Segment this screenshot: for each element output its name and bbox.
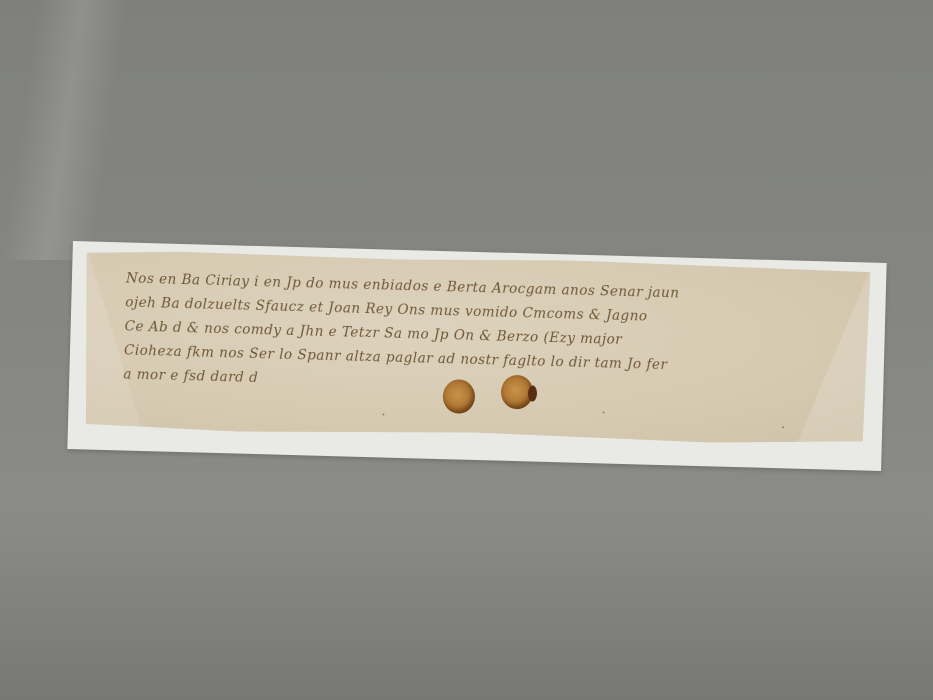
parchment-document: Nos en Ba Ciriay i en Jp do mus enbiados…	[82, 247, 871, 448]
ink-speck	[382, 413, 384, 415]
ink-speck	[782, 426, 784, 428]
light-reflection	[2, 0, 129, 260]
wax-seal-right	[501, 375, 534, 410]
ink-speck	[602, 411, 604, 413]
surface-shadow	[0, 480, 933, 700]
wax-seal-left	[442, 379, 475, 414]
handwritten-text: Nos en Ba Ciriay i en Jp do mus enbiados…	[123, 266, 846, 405]
mounting-board: Nos en Ba Ciriay i en Jp do mus enbiados…	[67, 241, 886, 471]
